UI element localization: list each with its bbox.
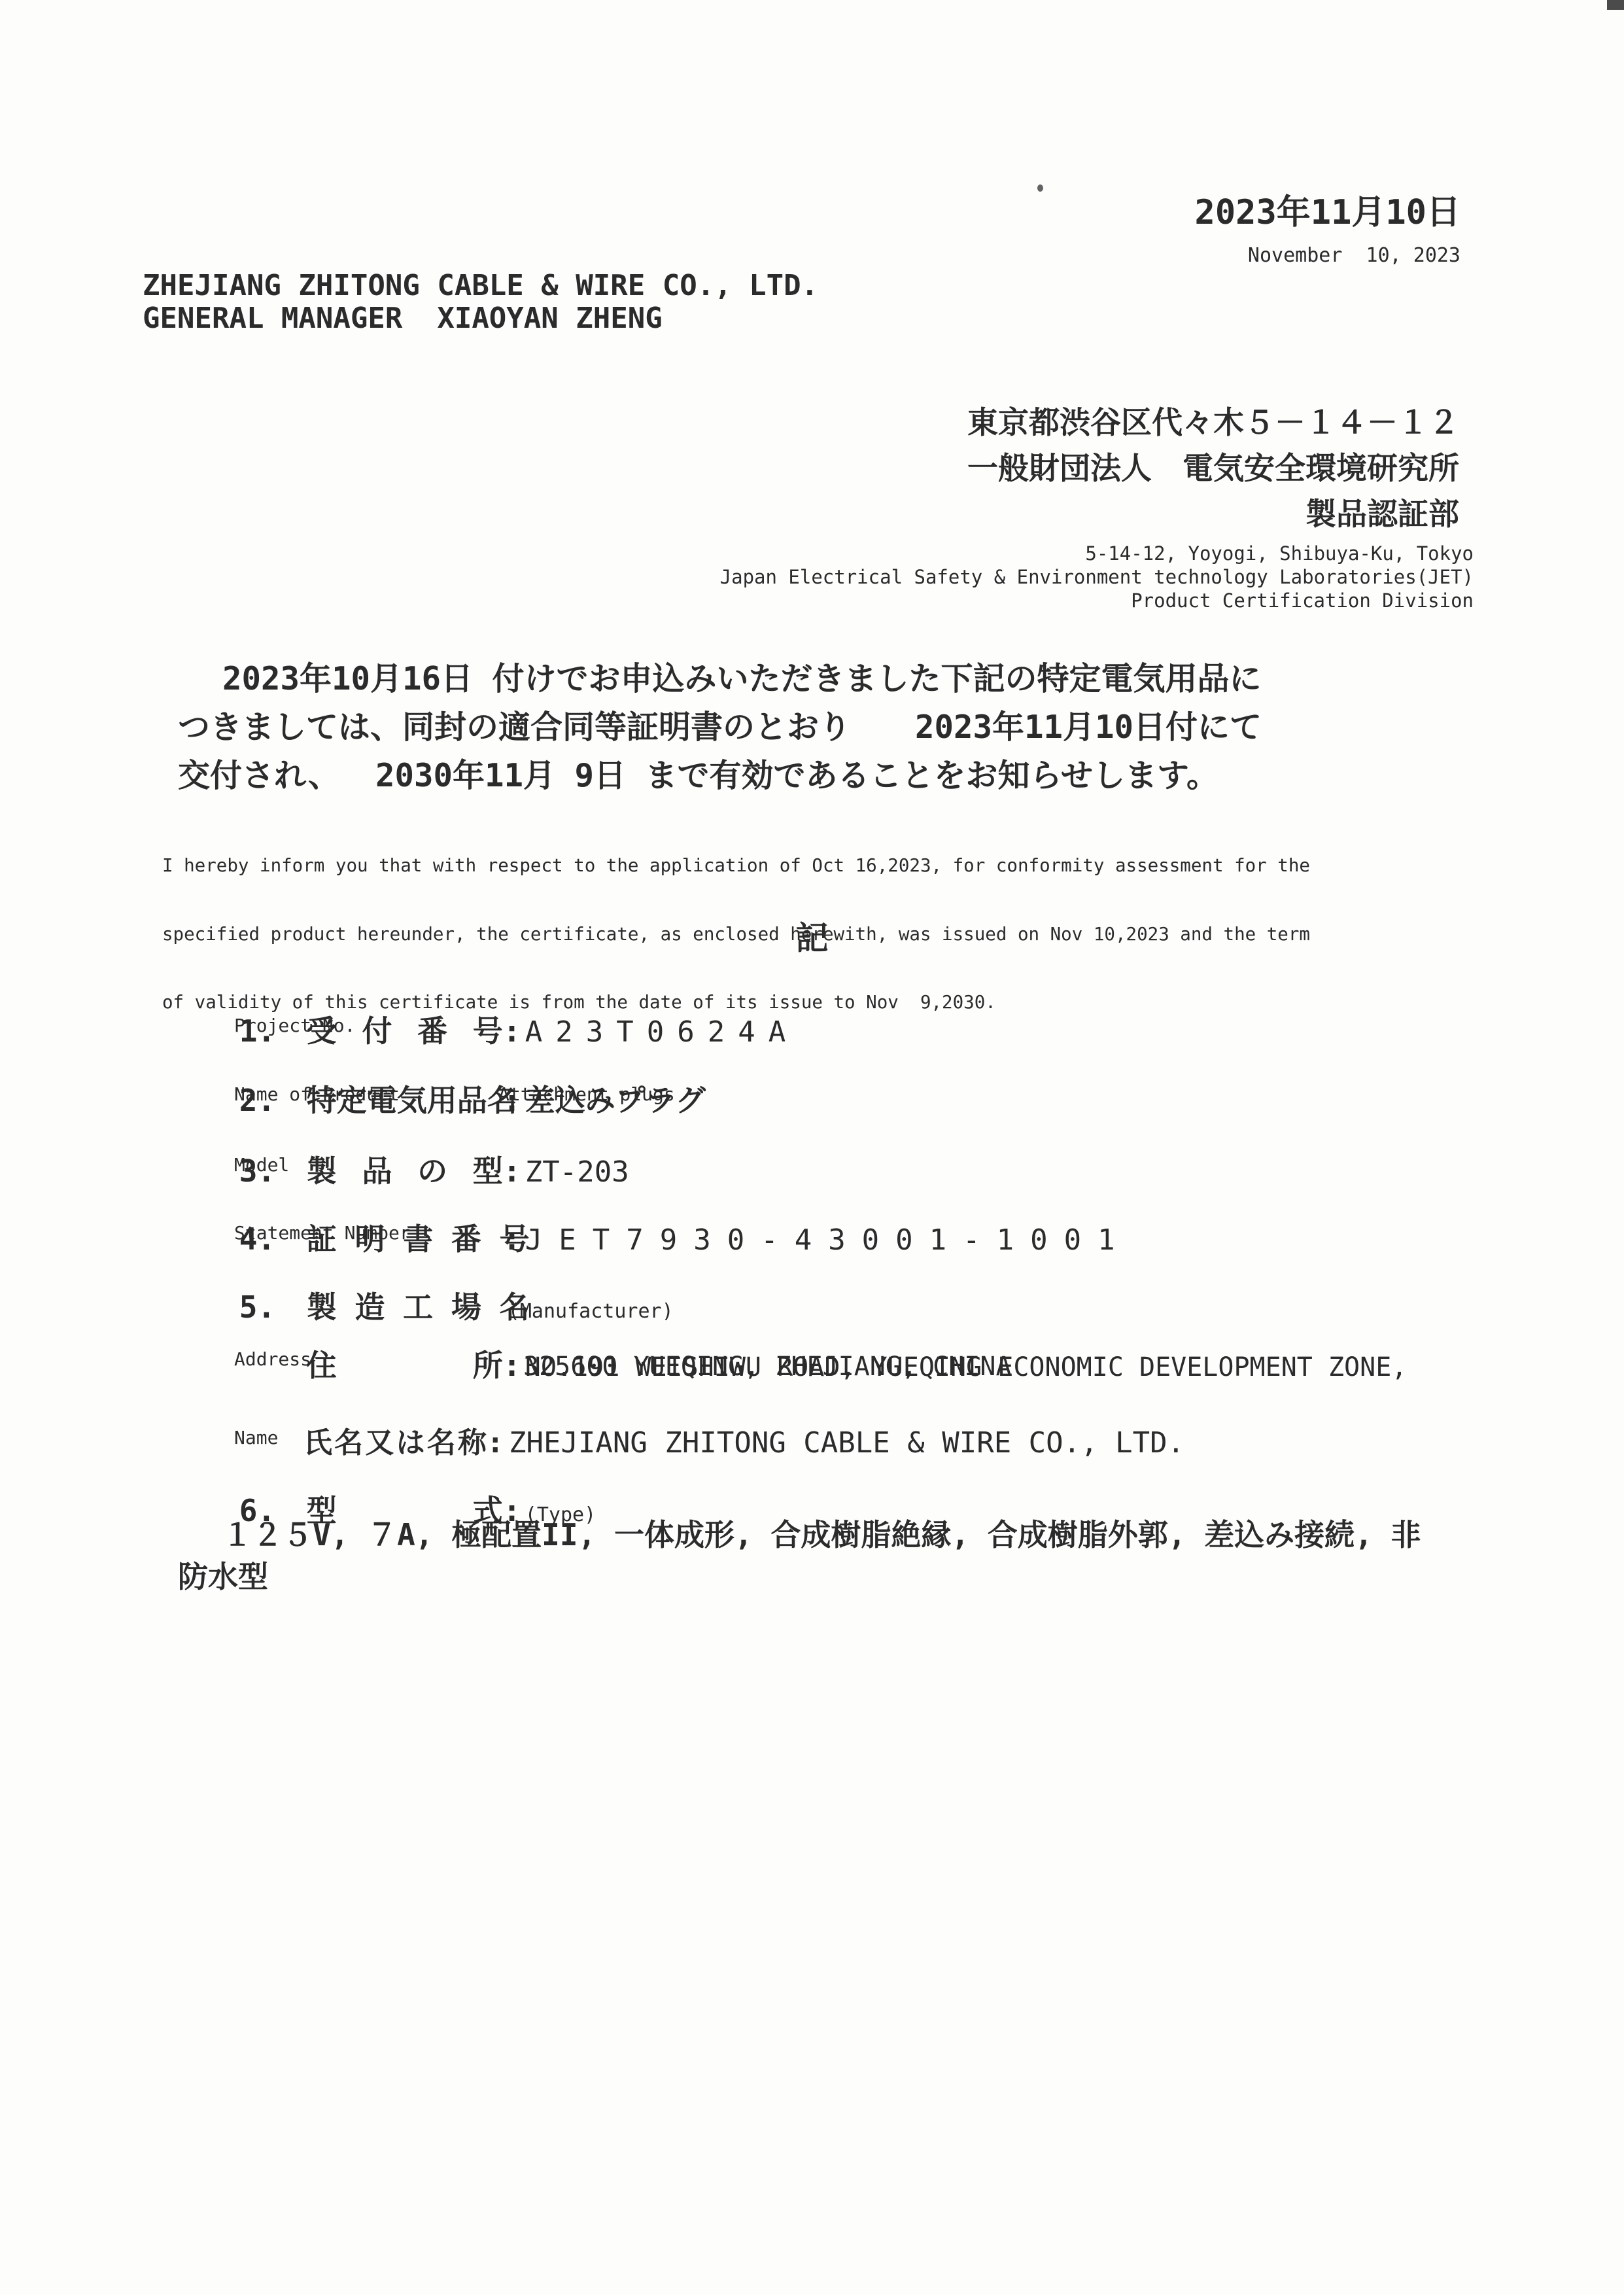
- manufacturer-name-value: ZHEJIANG ZHITONG CABLE & WIRE CO., LTD.: [509, 1426, 1184, 1460]
- recipient-manager: GENERAL MANAGER XIAOYAN ZHENG: [143, 302, 663, 336]
- item2-value-en: Attachment plugs: [498, 1084, 675, 1105]
- item3-label-jp: 製 品 の 型: [307, 1154, 503, 1189]
- item3-value: ZT-203: [525, 1155, 629, 1189]
- name-colon: :: [487, 1427, 504, 1460]
- item1-colon: :: [503, 1014, 520, 1049]
- sender-organization-jp: 一般財団法人 電気安全環境研究所: [967, 451, 1459, 487]
- issue-date-japanese: 2023年11月10日: [1195, 194, 1460, 233]
- ki-heading: 記: [0, 920, 1624, 958]
- name-label-jp: 氏名又は名称: [303, 1427, 487, 1460]
- type-spec-line2: 防水型: [178, 1560, 268, 1594]
- address-line2: 325600 YUEQING, ZHEJIANG, CHINA: [523, 1352, 1012, 1382]
- item3-colon: :: [503, 1154, 520, 1189]
- name-label-en: Name: [234, 1428, 278, 1448]
- sender-organization-en: Japan Electrical Safety & Environment te…: [720, 567, 1474, 588]
- address-label-jp: 住 所: [307, 1348, 503, 1383]
- scan-corner-artifact: [1607, 0, 1624, 10]
- scanned-letter-page: 2023年11月10日 November 10, 2023 ZHEJIANG Z…: [0, 0, 1624, 2295]
- sender-address-en: 5-14-12, Yoyogi, Shibuya-Ku, Tokyo: [1085, 543, 1474, 565]
- sender-division-jp: 製品認証部: [1305, 497, 1459, 533]
- item4-colon: :: [503, 1222, 520, 1257]
- recipient-company: ZHEJIANG ZHITONG CABLE & WIRE CO., LTD.: [143, 270, 818, 303]
- sender-division-en: Product Certification Division: [1131, 590, 1474, 612]
- item1-value: A23T0624A: [525, 1015, 799, 1049]
- body-en-line1: I hereby inform you that with respect to…: [162, 852, 1310, 879]
- body-jp-line1: 2023年10月16日 付けでお申込みいただきました下記の特定電気用品に: [222, 661, 1262, 697]
- item4-value: JET7930-43001-1001: [525, 1223, 1132, 1257]
- item2-label-en: Name of Product: [234, 1084, 400, 1105]
- item3-label-en: Model: [234, 1155, 289, 1176]
- body-jp-line3: 交付され、 2030年11月 9日 まで有効であることをお知らせします。: [178, 758, 1218, 794]
- item4-label-en: Statement Number: [234, 1223, 411, 1244]
- sender-address-jp: 東京都渋谷区代々木５－１４－１２: [967, 406, 1459, 441]
- address-colon: :: [503, 1348, 520, 1383]
- type-spec-line1: １２５V, ７A, 極配置II, 一体成形, 合成樹脂絶縁, 合成樹脂外郭, 差…: [222, 1518, 1421, 1552]
- item1-label-en: Project No.: [234, 1015, 355, 1036]
- address-label-en: Address: [234, 1349, 311, 1370]
- scan-speck: [1037, 184, 1043, 192]
- issue-date-english: November 10, 2023: [1248, 245, 1460, 268]
- body-jp-line2: つきましては、同封の適合同等証明書のとおり 2023年11月10日付にて: [178, 709, 1262, 746]
